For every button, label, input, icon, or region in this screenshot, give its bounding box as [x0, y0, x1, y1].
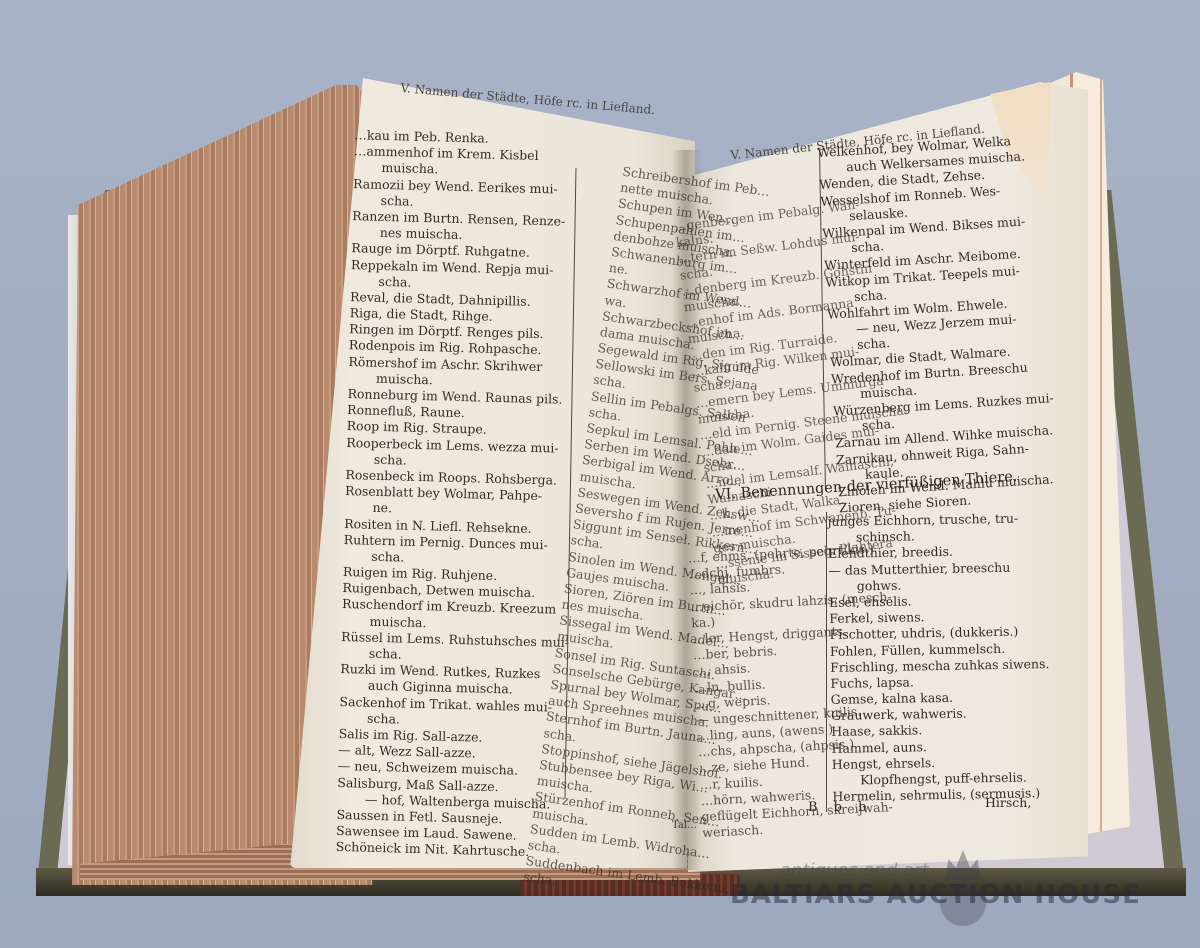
watermark-brand: BALTIARS AUCTION HOUSE — [730, 880, 1141, 910]
left-page-catchword: Tal… — [672, 818, 697, 834]
section-column-b: junges Eichhorn, trusche, tru-schinsch.E… — [827, 510, 1051, 805]
right-page-column-b: Welkenhof, bey Wolmar, Welkaauch Welkers… — [817, 132, 1060, 517]
section-column-rule — [826, 512, 827, 812]
watermark-tagline: antiques and art — [780, 860, 929, 881]
printer-signature-mark: B b b — [808, 800, 872, 815]
right-page-catchword: Hirsch, — [985, 795, 1031, 810]
